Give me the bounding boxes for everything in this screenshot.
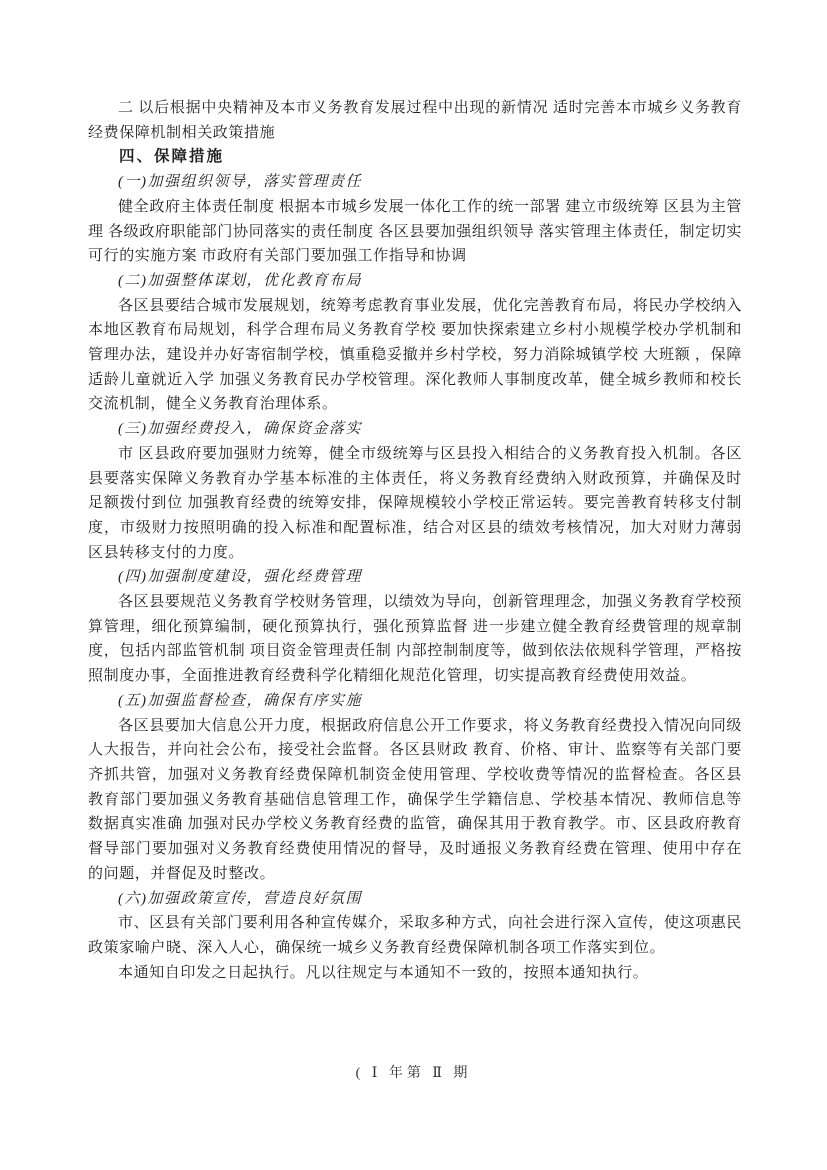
journal-issue-footer: ( Ⅰ 年第 Ⅱ 期 xyxy=(0,1062,827,1082)
paragraph-3: 市 区县政府要加强财力统筹，健全市级统筹与区县投入相结合的义务教育投入机制。各区… xyxy=(88,442,742,566)
subheading-3: (三)加强经费投入，确保资金落实 xyxy=(88,417,742,442)
paragraph-2: 各区县要结合城市发展规划，统筹考虑教育事业发展，优化完善教育布局，将民办学校纳入… xyxy=(88,294,742,418)
section-heading-4: 四、保障措施 xyxy=(88,145,742,170)
subheading-4: (四)加强制度建设，强化经费管理 xyxy=(88,565,742,590)
paragraph-6: 市、区县有关部门要利用各种宣传媒介，采取多种方式，向社会进行深入宣传，使这项惠民… xyxy=(88,911,742,960)
paragraph-1: 健全政府主体责任制度 根据本市城乡发展一体化工作的统一部署 建立市级统筹 区县为… xyxy=(88,195,742,269)
subheading-5: (五)加强监督检查，确保有序实施 xyxy=(88,689,742,714)
paragraph-5: 各区县要加大信息公开力度，根据政府信息公开工作要求，将义务教育经费投入情况向同级… xyxy=(88,714,742,887)
paragraph-4: 各区县要规范义务教育学校财务管理，以绩效为导向，创新管理理念，加强义务教育学校预… xyxy=(88,590,742,689)
subheading-2: (二)加强整体谋划，优化教育布局 xyxy=(88,269,742,294)
paragraph-closing: 本通知自印发之日起执行。凡以往规定与本通知不一致的，按照本通知执行。 xyxy=(88,961,742,986)
scanned-document-page: 二 以后根据中央精神及本市义务教育发展过程中出现的新情况 适时完善本市城乡义务教… xyxy=(0,0,827,1170)
document-body: 二 以后根据中央精神及本市义务教育发展过程中出现的新情况 适时完善本市城乡义务教… xyxy=(88,96,742,985)
subheading-1: (一)加强组织领导，落实管理责任 xyxy=(88,170,742,195)
paragraph-continuation: 二 以后根据中央精神及本市义务教育发展过程中出现的新情况 适时完善本市城乡义务教… xyxy=(88,96,742,145)
subheading-6: (六)加强政策宣传，营造良好氛围 xyxy=(88,887,742,912)
